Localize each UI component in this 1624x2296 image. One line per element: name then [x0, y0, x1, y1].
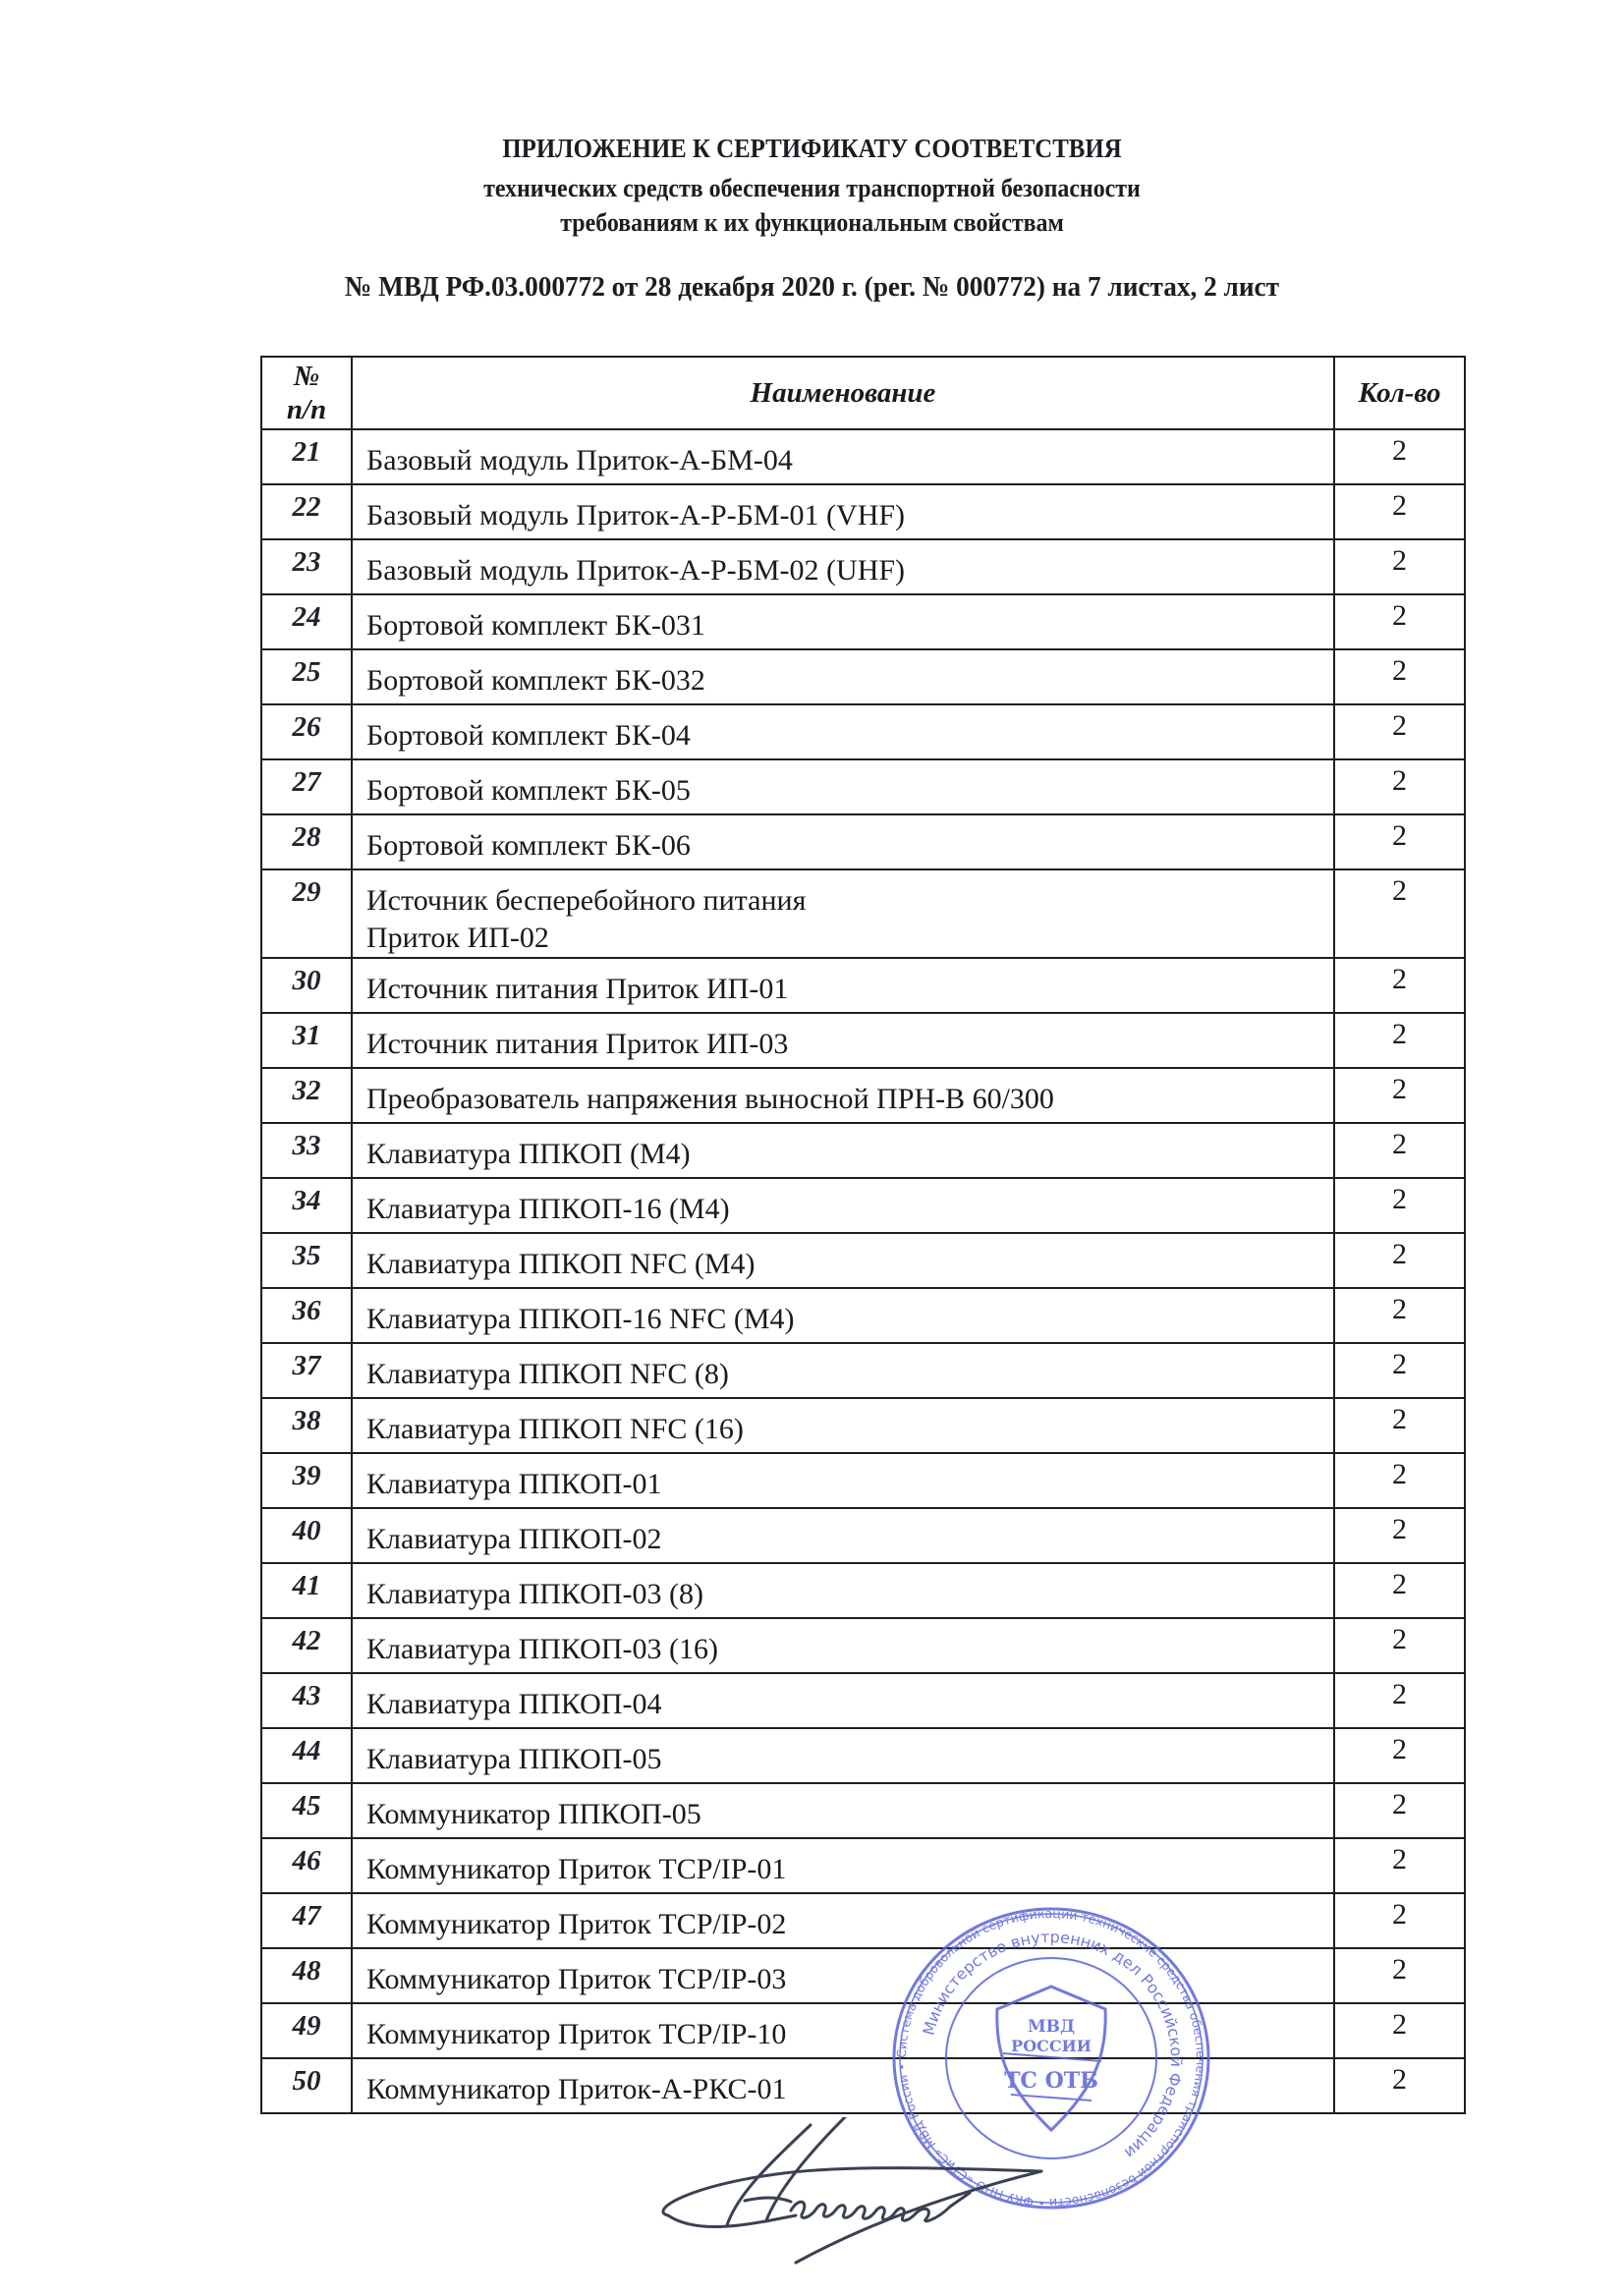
item-name: Клавиатура ППКОП-05 [352, 1728, 1334, 1783]
table-row: 49Коммуникатор Приток TCP/IP-102 [261, 2003, 1465, 2058]
table-row: 47Коммуникатор Приток TCP/IP-022 [261, 1893, 1465, 1948]
stamp-shield-line-2: РОССИИ [1011, 2037, 1092, 2055]
table-row: 44Клавиатура ППКОП-052 [261, 1728, 1465, 1783]
row-number: 43 [261, 1673, 352, 1728]
item-quantity: 2 [1334, 429, 1465, 484]
header-number-abbr: п/п [287, 394, 326, 425]
item-quantity: 2 [1334, 2003, 1465, 2058]
item-name: Бортовой комплект БК-06 [352, 814, 1334, 869]
item-name: Базовый модуль Приток-А-БМ-04 [352, 429, 1334, 484]
table-row: 32Преобразователь напряжения выносной ПР… [261, 1068, 1465, 1123]
item-quantity: 2 [1334, 1783, 1465, 1838]
item-quantity: 2 [1334, 2058, 1465, 2113]
table-row: 50Коммуникатор Приток-А-РКС-012 [261, 2058, 1465, 2113]
item-name: Бортовой комплект БК-05 [352, 759, 1334, 814]
row-number: 49 [261, 2003, 352, 2058]
table-body: 21Базовый модуль Приток-А-БМ-04222Базовы… [261, 429, 1465, 2113]
item-name: Коммуникатор Приток TCP/IP-01 [352, 1838, 1334, 1893]
row-number: 30 [261, 958, 352, 1013]
item-name: Клавиатура ППКОП-03 (8) [352, 1563, 1334, 1618]
header-number: № п/п [261, 357, 352, 429]
item-quantity: 2 [1334, 704, 1465, 759]
table-row: 48Коммуникатор Приток TCP/IP-032 [261, 1948, 1465, 2003]
row-number: 39 [261, 1453, 352, 1508]
table-row: 46Коммуникатор Приток TCP/IP-012 [261, 1838, 1465, 1893]
table-row: 41Клавиатура ППКОП-03 (8)2 [261, 1563, 1465, 1618]
item-name: Бортовой комплект БК-031 [352, 594, 1334, 649]
document-subtitle-line-1: технических средств обеспечения транспор… [65, 174, 1559, 203]
item-name: Бортовой комплект БК-04 [352, 704, 1334, 759]
item-quantity: 2 [1334, 958, 1465, 1013]
table-row: 37Клавиатура ППКОП NFC (8)2 [261, 1343, 1465, 1398]
item-name: Источник питания Приток ИП-01 [352, 958, 1334, 1013]
signature [629, 2117, 1061, 2265]
item-quantity: 2 [1334, 484, 1465, 539]
item-name: Клавиатура ППКОП NFC (16) [352, 1398, 1334, 1453]
certificate-number-line: № МВД РФ.03.000772 от 28 декабря 2020 г.… [49, 271, 1576, 304]
row-number: 41 [261, 1563, 352, 1618]
table-row: 21Базовый модуль Приток-А-БМ-042 [261, 429, 1465, 484]
item-quantity: 2 [1334, 814, 1465, 869]
row-number: 21 [261, 429, 352, 484]
table-row: 40Клавиатура ППКОП-022 [261, 1508, 1465, 1563]
table-header-row: № п/п Наименование Кол-во [261, 357, 1465, 429]
item-name: Коммуникатор ППКОП-05 [352, 1783, 1334, 1838]
item-name: Клавиатура ППКОП-02 [352, 1508, 1334, 1563]
item-name: Клавиатура ППКОП (М4) [352, 1123, 1334, 1178]
row-number: 33 [261, 1123, 352, 1178]
row-number: 27 [261, 759, 352, 814]
table-row: 45Коммуникатор ППКОП-052 [261, 1783, 1465, 1838]
row-number: 34 [261, 1178, 352, 1233]
row-number: 40 [261, 1508, 352, 1563]
table-row: 24Бортовой комплект БК-0312 [261, 594, 1465, 649]
item-name: Клавиатура ППКОП-16 NFC (М4) [352, 1288, 1334, 1343]
item-quantity: 2 [1334, 1508, 1465, 1563]
item-quantity: 2 [1334, 649, 1465, 704]
item-name: Клавиатура ППКОП NFC (8) [352, 1343, 1334, 1398]
document-subtitle-line-2: требованиям к их функциональным свойства… [65, 208, 1559, 238]
handwritten-signature-icon [663, 2117, 1041, 2263]
table-row: 26Бортовой комплект БК-042 [261, 704, 1465, 759]
item-quantity: 2 [1334, 1068, 1465, 1123]
item-quantity: 2 [1334, 1893, 1465, 1948]
table-row: 25Бортовой комплект БК-0322 [261, 649, 1465, 704]
item-quantity: 2 [1334, 1343, 1465, 1398]
item-quantity: 2 [1334, 1178, 1465, 1233]
row-number: 26 [261, 704, 352, 759]
row-number: 50 [261, 2058, 352, 2113]
item-name: Преобразователь напряжения выносной ПРН-… [352, 1068, 1334, 1123]
stamp-shield-line-3: ТС ОТБ [1004, 2068, 1098, 2094]
table-row: 22Базовый модуль Приток-А-Р-БМ-01 (VHF)2 [261, 484, 1465, 539]
item-name: Бортовой комплект БК-032 [352, 649, 1334, 704]
item-name: Клавиатура ППКОП-04 [352, 1673, 1334, 1728]
row-number: 36 [261, 1288, 352, 1343]
row-number: 31 [261, 1013, 352, 1068]
item-name: Базовый модуль Приток-А-Р-БМ-02 (UHF) [352, 539, 1334, 594]
row-number: 32 [261, 1068, 352, 1123]
row-number: 23 [261, 539, 352, 594]
table-row: 43Клавиатура ППКОП-042 [261, 1673, 1465, 1728]
item-name: Источник бесперебойного питания Приток И… [352, 869, 1334, 958]
document-title: ПРИЛОЖЕНИЕ К СЕРТИФИКАТУ СООТВЕТСТВИЯ [65, 134, 1559, 164]
table-row: 36Клавиатура ППКОП-16 NFC (М4)2 [261, 1288, 1465, 1343]
item-name: Клавиатура ППКОП NFC (М4) [352, 1233, 1334, 1288]
row-number: 45 [261, 1783, 352, 1838]
row-number: 47 [261, 1893, 352, 1948]
item-quantity: 2 [1334, 869, 1465, 958]
table-row: 30Источник питания Приток ИП-012 [261, 958, 1465, 1013]
row-number: 37 [261, 1343, 352, 1398]
stamp-shield-line-1: МВД [1028, 2017, 1075, 2037]
item-name: Клавиатура ППКОП-16 (М4) [352, 1178, 1334, 1233]
item-quantity: 2 [1334, 1233, 1465, 1288]
table-row: 39Клавиатура ППКОП-012 [261, 1453, 1465, 1508]
item-quantity: 2 [1334, 1838, 1465, 1893]
row-number: 29 [261, 869, 352, 958]
item-quantity: 2 [1334, 1673, 1465, 1728]
row-number: 42 [261, 1618, 352, 1673]
row-number: 25 [261, 649, 352, 704]
table-row: 28Бортовой комплект БК-062 [261, 814, 1465, 869]
row-number: 48 [261, 1948, 352, 2003]
item-quantity: 2 [1334, 1288, 1465, 1343]
header-name: Наименование [352, 357, 1334, 429]
item-quantity: 2 [1334, 1948, 1465, 2003]
item-quantity: 2 [1334, 759, 1465, 814]
header-number-symbol: № [294, 361, 320, 392]
item-quantity: 2 [1334, 1013, 1465, 1068]
table-row: 23Базовый модуль Приток-А-Р-БМ-02 (UHF)2 [261, 539, 1465, 594]
item-name: Клавиатура ППКОП-01 [352, 1453, 1334, 1508]
equipment-table: № п/п Наименование Кол-во 21Базовый моду… [260, 356, 1466, 2114]
item-name: Клавиатура ППКОП-03 (16) [352, 1618, 1334, 1673]
table-row: 31Источник питания Приток ИП-032 [261, 1013, 1465, 1068]
item-quantity: 2 [1334, 539, 1465, 594]
item-quantity: 2 [1334, 1453, 1465, 1508]
item-quantity: 2 [1334, 1563, 1465, 1618]
item-quantity: 2 [1334, 1123, 1465, 1178]
table-row: 38Клавиатура ППКОП NFC (16)2 [261, 1398, 1465, 1453]
table-row: 34Клавиатура ППКОП-16 (М4)2 [261, 1178, 1465, 1233]
row-number: 35 [261, 1233, 352, 1288]
table-row: 29Источник бесперебойного питания Приток… [261, 869, 1465, 958]
row-number: 22 [261, 484, 352, 539]
row-number: 46 [261, 1838, 352, 1893]
row-number: 24 [261, 594, 352, 649]
table-row: 42Клавиатура ППКОП-03 (16)2 [261, 1618, 1465, 1673]
item-quantity: 2 [1334, 594, 1465, 649]
row-number: 28 [261, 814, 352, 869]
table-row: 35Клавиатура ППКОП NFC (М4)2 [261, 1233, 1465, 1288]
row-number: 38 [261, 1398, 352, 1453]
item-name: Источник питания Приток ИП-03 [352, 1013, 1334, 1068]
row-number: 44 [261, 1728, 352, 1783]
header-quantity: Кол-во [1334, 357, 1465, 429]
item-quantity: 2 [1334, 1618, 1465, 1673]
item-quantity: 2 [1334, 1728, 1465, 1783]
item-name: Базовый модуль Приток-А-Р-БМ-01 (VHF) [352, 484, 1334, 539]
item-quantity: 2 [1334, 1398, 1465, 1453]
table-row: 33Клавиатура ППКОП (М4)2 [261, 1123, 1465, 1178]
table-row: 27Бортовой комплект БК-052 [261, 759, 1465, 814]
